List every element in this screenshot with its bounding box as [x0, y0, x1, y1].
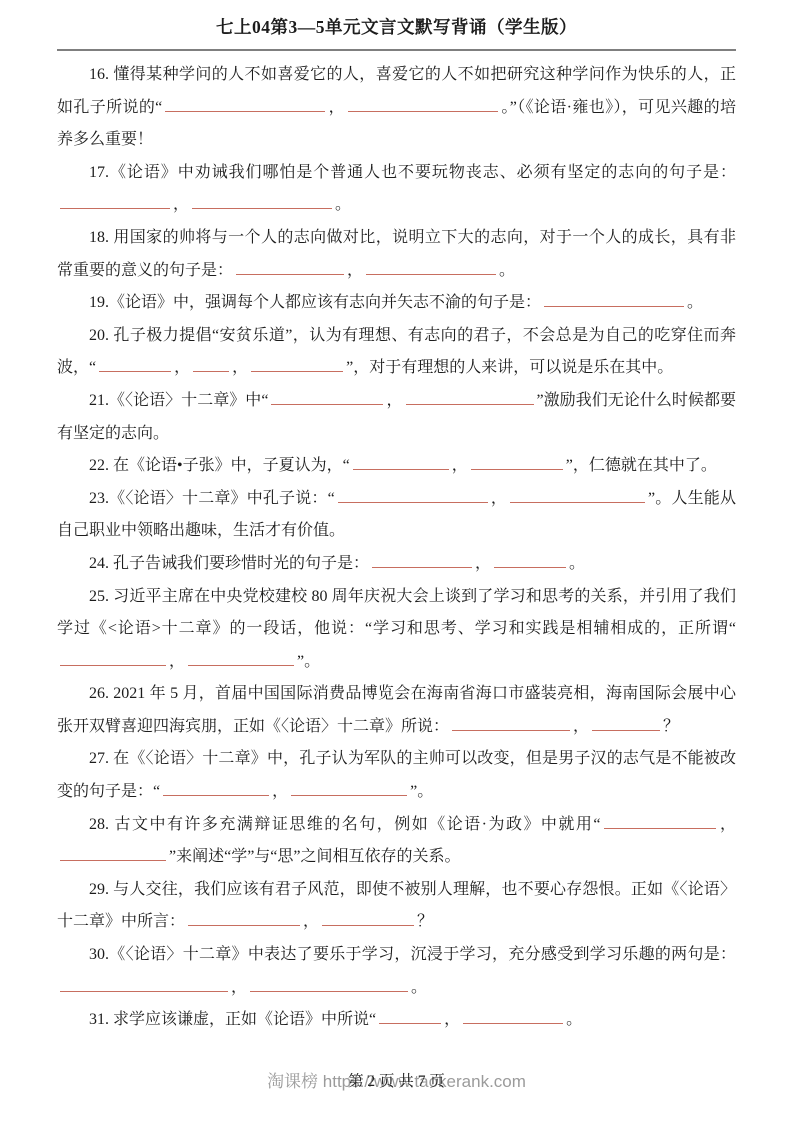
question-text: ，: [169, 653, 185, 670]
answer-blank[interactable]: [510, 489, 645, 503]
answer-blank[interactable]: [60, 978, 228, 992]
question-text: 28. 古文中有许多充满辩证思维的名句，例如《论语·为政》中就用“: [89, 816, 601, 833]
question-text: 31. 求学应该谦虚，正如《论语》中所说“: [89, 1011, 376, 1028]
question-23: 23.《〈论语〉十二章》中孔子说：“，”。人生能从自己职业中领略出趣味，生活才有…: [57, 483, 736, 548]
question-25: 25. 习近平主席在中央党校建校 80 周年庆祝大会上谈到了学习和思考的关系，并…: [57, 581, 736, 679]
answer-blank[interactable]: [60, 652, 166, 666]
question-31: 31. 求学应该谦虚，正如《论语》中所说“，。: [57, 1004, 736, 1037]
answer-blank[interactable]: [99, 358, 171, 372]
question-text: ，: [328, 99, 345, 116]
answer-blank[interactable]: [452, 717, 570, 731]
question-text: ，: [174, 359, 190, 376]
question-text: 19.《论语》中，强调每个人都应该有志向并矢志不渝的句子是：: [89, 294, 541, 311]
questions: 16. 懂得某种学问的人不如喜爱它的人，喜爱它的人不如把研究这种学问作为快乐的人…: [57, 59, 736, 1037]
answer-blank[interactable]: [494, 554, 566, 568]
question-text: 30.《〈论语〉十二章》中表达了要乐于学习，沉浸于学习，充分感受到学习乐趣的两句…: [89, 946, 736, 963]
question-22: 22. 在《论语•子张》中，子夏认为，“，”，仁德就在其中了。: [57, 450, 736, 483]
question-text: ，: [303, 913, 319, 930]
question-text: 24. 孔子告诫我们要珍惜时光的句子是：: [89, 555, 369, 572]
answer-blank[interactable]: [366, 261, 496, 275]
page-content: 七上04第3—5单元文言文默写背诵（学生版） 16. 懂得某种学问的人不如喜爱它…: [0, 0, 793, 1037]
answer-blank[interactable]: [322, 912, 414, 926]
answer-blank[interactable]: [338, 489, 488, 503]
question-19: 19.《论语》中，强调每个人都应该有志向并矢志不渝的句子是：。: [57, 287, 736, 320]
question-text: ？: [663, 718, 679, 735]
question-text: 25. 习近平主席在中央党校建校 80 周年庆祝大会上谈到了学习和思考的关系，并…: [57, 588, 736, 638]
answer-blank[interactable]: [251, 358, 343, 372]
answer-blank[interactable]: [348, 98, 498, 112]
question-text: ？: [417, 913, 433, 930]
question-27: 27. 在《〈论语〉十二章》中，孔子认为军队的主帅可以改变，但是男子汉的志气是不…: [57, 743, 736, 808]
answer-blank[interactable]: [372, 554, 472, 568]
question-16: 16. 懂得某种学问的人不如喜爱它的人，喜爱它的人不如把研究这种学问作为快乐的人…: [57, 59, 736, 157]
question-28: 28. 古文中有许多充满辩证思维的名句，例如《论语·为政》中就用“，”来阐述“学…: [57, 809, 736, 874]
answer-blank[interactable]: [188, 912, 300, 926]
answer-blank[interactable]: [592, 717, 660, 731]
question-text: ，: [475, 555, 491, 572]
question-text: 21.《〈论语〉十二章》中“: [89, 392, 268, 409]
answer-blank[interactable]: [163, 782, 269, 796]
document-header: 七上04第3—5单元文言文默写背诵（学生版）: [57, 14, 736, 51]
answer-blank[interactable]: [471, 456, 563, 470]
answer-blank[interactable]: [188, 652, 294, 666]
answer-blank[interactable]: [544, 293, 684, 307]
question-text: 。: [499, 262, 515, 279]
answer-blank[interactable]: [250, 978, 408, 992]
question-text: 17.《论语》中劝诫我们哪怕是个普通人也不要玩物丧志、必须有坚定的志向的句子是：: [89, 164, 736, 181]
question-text: ，: [386, 392, 402, 409]
question-text: 。: [687, 294, 703, 311]
question-text: ，: [452, 457, 468, 474]
document-page: 七上04第3—5单元文言文默写背诵（学生版） 16. 懂得某种学问的人不如喜爱它…: [0, 0, 793, 1122]
answer-blank[interactable]: [192, 195, 332, 209]
answer-blank[interactable]: [353, 456, 449, 470]
question-18: 18. 用国家的帅将与一个人的志向做对比，说明立下大的志向，对于一个人的成长，具…: [57, 222, 736, 287]
question-text: ，: [719, 816, 737, 833]
question-26: 26. 2021 年 5 月，首届中国国际消费品博览会在海南省海口市盛装亮相，海…: [57, 678, 736, 743]
answer-blank[interactable]: [379, 1010, 441, 1024]
footer-page-number: 第 2 页 共 7 页: [0, 1069, 793, 1091]
question-text: 。: [569, 555, 585, 572]
question-30: 30.《〈论语〉十二章》中表达了要乐于学习，沉浸于学习，充分感受到学习乐趣的两句…: [57, 939, 736, 1004]
answer-blank[interactable]: [60, 195, 170, 209]
question-text: ，: [231, 979, 247, 996]
answer-blank[interactable]: [271, 391, 383, 405]
answer-blank[interactable]: [165, 98, 325, 112]
question-29: 29. 与人交往，我们应该有君子风范，即使不被别人理解，也不要心存怨恨。正如《〈…: [57, 874, 736, 939]
question-text: ，: [347, 262, 363, 279]
answer-blank[interactable]: [604, 815, 716, 829]
question-text: ，: [173, 196, 189, 213]
question-text: 22. 在《论语•子张》中，子夏认为，“: [89, 457, 350, 474]
question-24: 24. 孔子告诫我们要珍惜时光的句子是：，。: [57, 548, 736, 581]
question-text: ，: [272, 783, 288, 800]
question-20: 20. 孔子极力提倡“安贫乐道”，认为有理想、有志向的君子，不会总是为自己的吃穿…: [57, 320, 736, 385]
answer-blank[interactable]: [193, 358, 229, 372]
question-text: ”。: [410, 783, 433, 800]
question-21: 21.《〈论语〉十二章》中“，”激励我们无论什么时候都要有坚定的志向。: [57, 385, 736, 450]
answer-blank[interactable]: [291, 782, 407, 796]
question-text: ”，对于有理想的人来讲，可以说是乐在其中。: [346, 359, 673, 376]
answer-blank[interactable]: [60, 847, 166, 861]
question-text: ，: [573, 718, 589, 735]
question-text: ”，仁德就在其中了。: [566, 457, 717, 474]
question-text: ，: [444, 1011, 460, 1028]
page-title: 七上04第3—5单元文言文默写背诵（学生版）: [57, 14, 736, 40]
answer-blank[interactable]: [463, 1010, 563, 1024]
question-text: ，: [232, 359, 248, 376]
question-text: ”来阐述“学”与“思”之间相互依存的关系。: [169, 848, 461, 865]
question-17: 17.《论语》中劝诫我们哪怕是个普通人也不要玩物丧志、必须有坚定的志向的句子是：…: [57, 157, 736, 222]
question-text: ”。: [297, 653, 320, 670]
question-text: 23.《〈论语〉十二章》中孔子说：“: [89, 490, 335, 507]
question-text: 。: [335, 196, 351, 213]
question-text: 。: [566, 1011, 582, 1028]
question-text: ，: [491, 490, 507, 507]
header-rule: [57, 49, 736, 51]
answer-blank[interactable]: [406, 391, 534, 405]
answer-blank[interactable]: [236, 261, 344, 275]
question-text: 。: [411, 979, 427, 996]
